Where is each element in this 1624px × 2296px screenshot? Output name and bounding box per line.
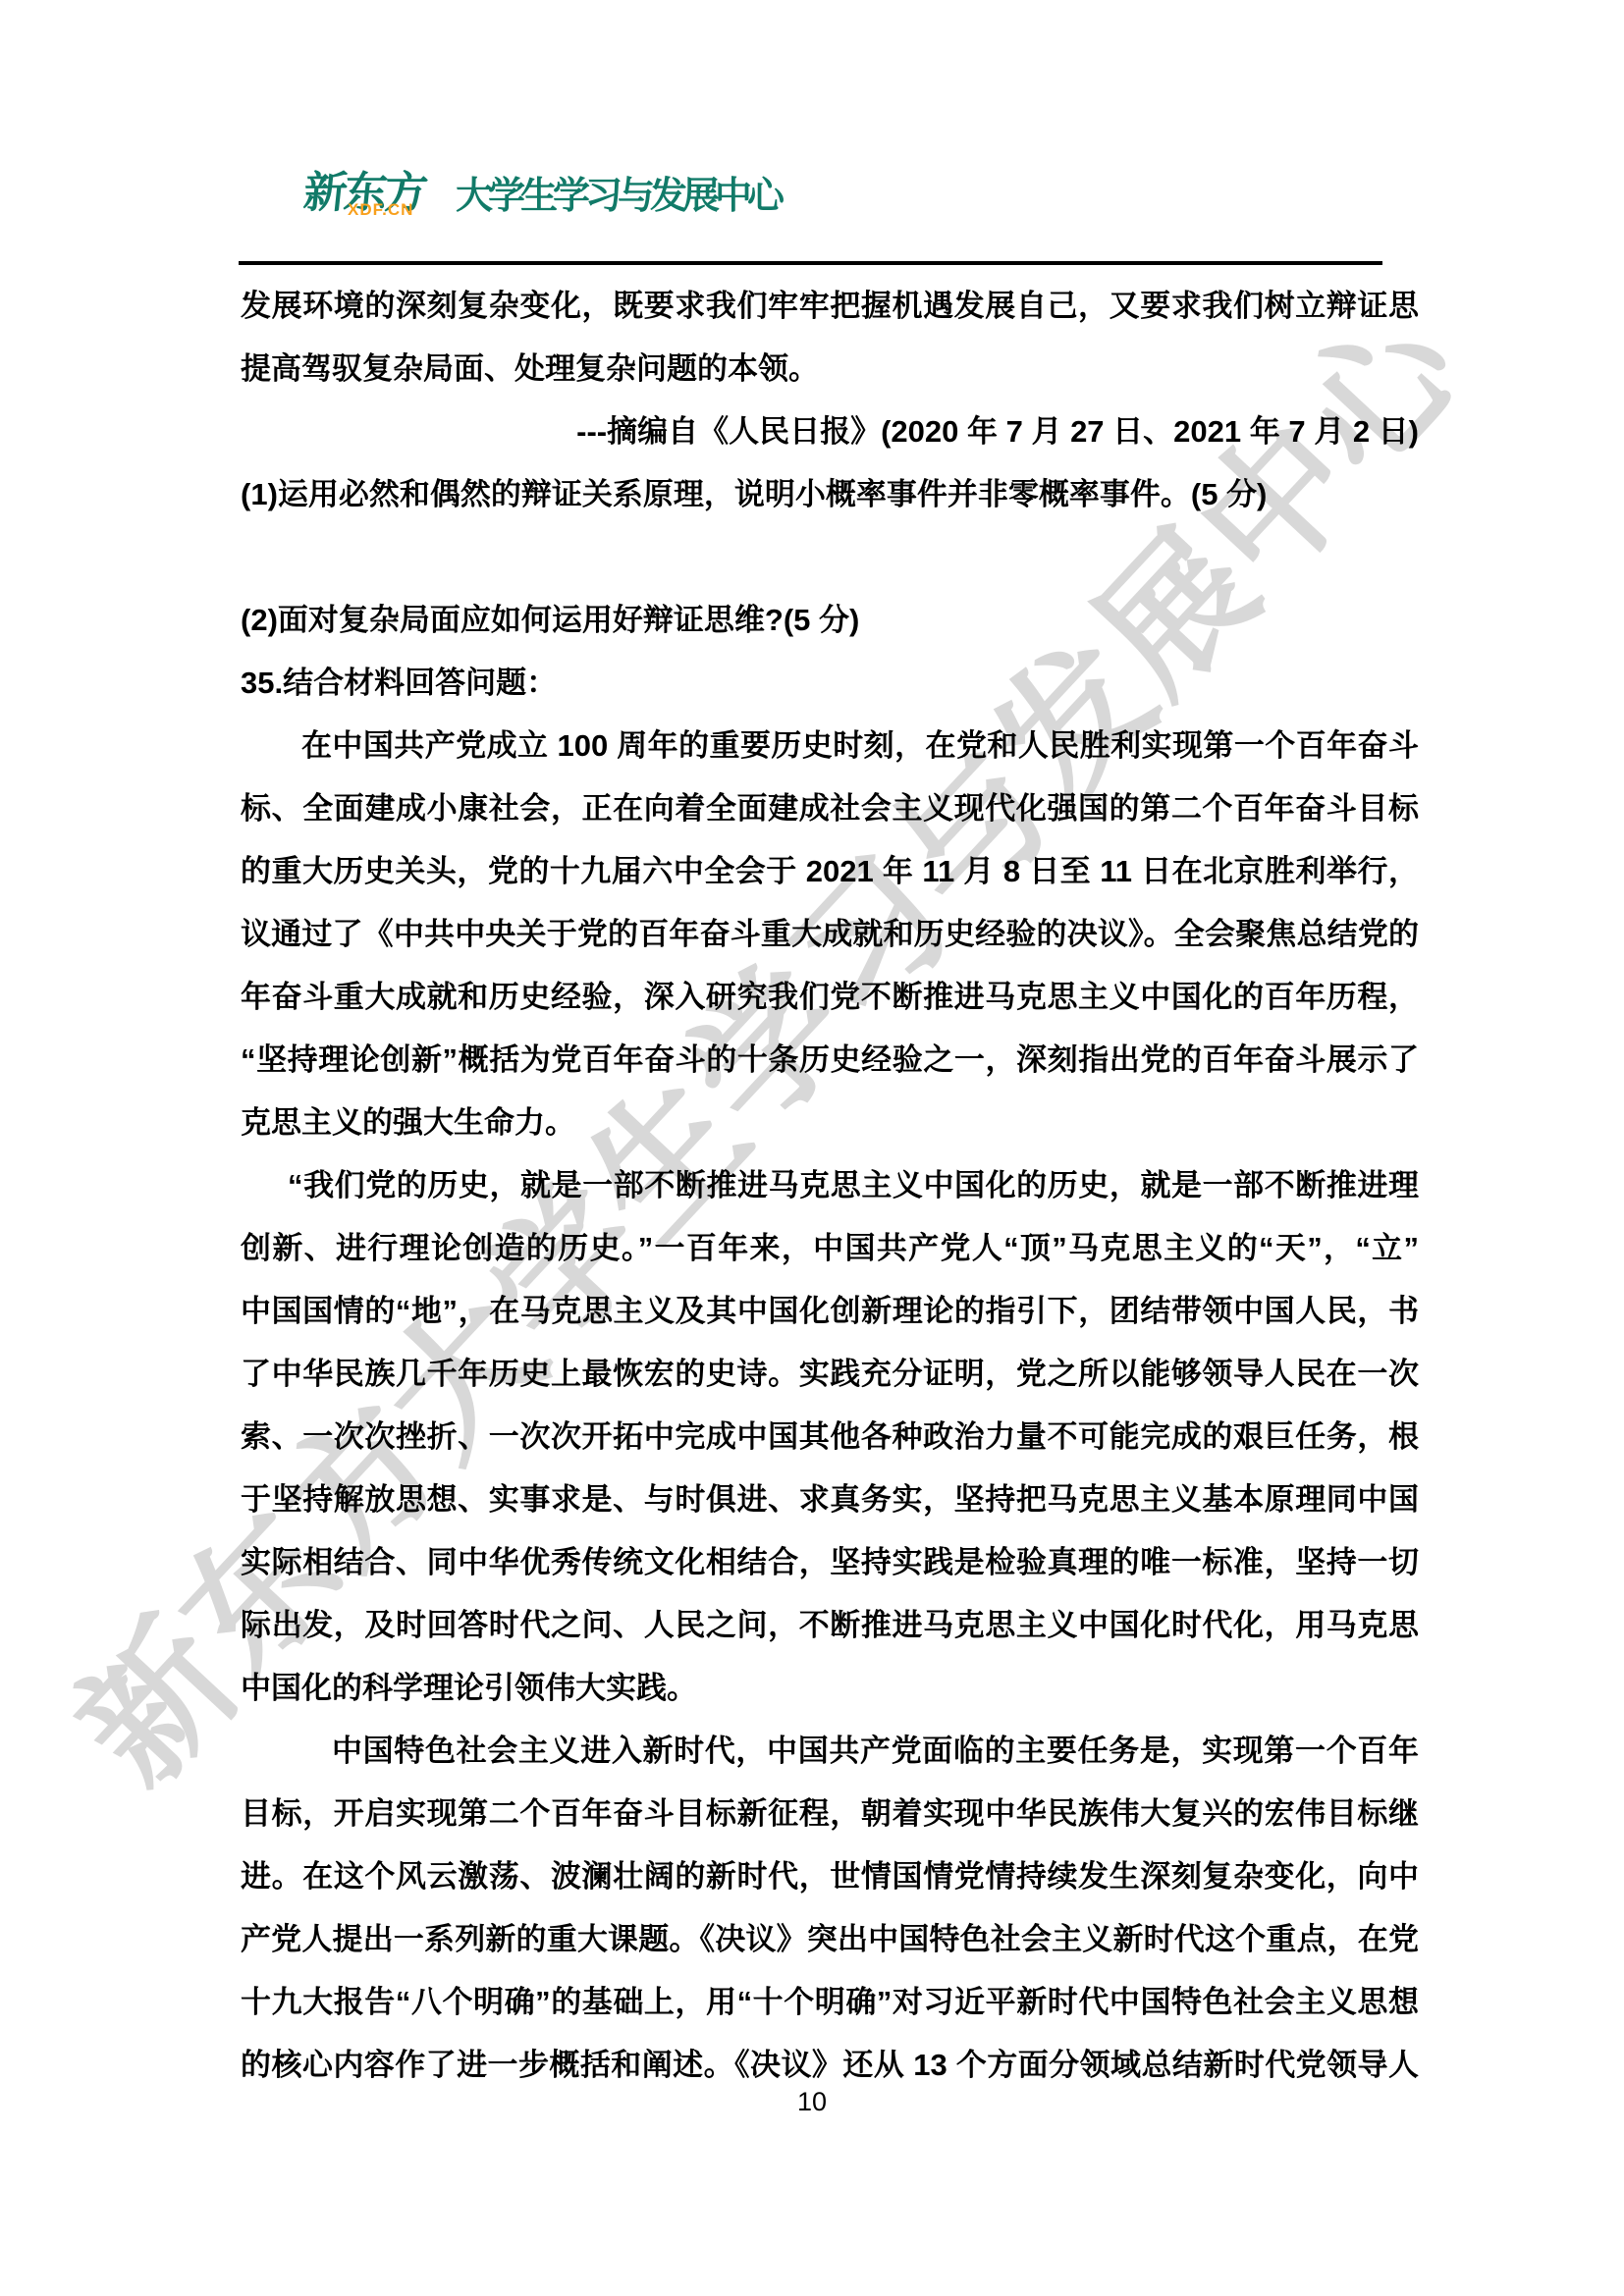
text-line: 索、一次次挫折、一次次开拓中完成中国其他各种政治力量不可能完成的艰巨任务，根本在 [241,1406,1419,1468]
text-line: 标、全面建成小康社会，正在向着全面建成社会主义现代化强国的第二个百年奋斗目标迈进 [241,777,1419,840]
text-line: 在中国共产党成立 100 周年的重要历史时刻，在党和人民胜利实现第一个百年奋斗目 [241,715,1419,777]
text-line: ---摘编自《人民日报》(2020 年 7 月 27 日、2021 年 7 月 … [241,400,1419,463]
blank-line [241,526,1419,589]
page-header: 新东方 XDF.CN 大学生学习与发展中心 [304,157,780,226]
text-line: 35.结合材料回答问题： [241,652,1419,715]
xdf-logo: 新东方 XDF.CN [304,157,452,222]
text-line: 中国特色社会主义进入新时代，中国共产党面临的主要任务是，实现第一个百年奋斗 [241,1720,1419,1783]
text-line: 的重大历史关头，党的十九届六中全会于 2021 年 11 月 8 日至 11 日… [241,840,1419,903]
text-line: 际出发，及时回答时代之问、人民之问，不断推进马克思主义中国化时代化，用马克思主义 [241,1594,1419,1657]
text-line: 克思主义的强大生命力。 [241,1092,1419,1154]
text-line: 发展环境的深刻复杂变化，既要求我们牢牢把握机遇发展自己，又要求我们树立辩证思维， [241,275,1419,338]
text-line: 于坚持解放思想、实事求是、与时俱进、求真务实，坚持把马克思主义基本原理同中国具体 [241,1468,1419,1531]
logo-domain-text: XDF.CN [348,200,413,220]
text-line: (1)运用必然和偶然的辩证关系原理，说明小概率事件并非零概率事件。(5 分) [241,463,1419,526]
header-title: 大学生学习与发展中心 [456,165,780,219]
text-line: 产党人提出一系列新的重大课题。《决议》突出中国特色社会主义新时代这个重点，在党的 [241,1908,1419,1971]
text-line: 中国化的科学理论引领伟大实践。 [241,1657,1419,1720]
text-line: 十九大报告“八个明确”的基础上，用“十个明确”对习近平新时代中国特色社会主义思想 [241,1971,1419,2034]
page-number: 10 [0,2087,1624,2117]
text-line: (2)面对复杂局面应如何运用好辩证思维?(5 分) [241,589,1419,652]
text-line: 实际相结合、同中华优秀传统文化相结合，坚持实践是检验真理的唯一标准，坚持一切从实 [241,1531,1419,1594]
header-divider [239,261,1382,265]
text-line: “坚持理论创新”概括为党百年奋斗的十条历史经验之一，深刻指出党的百年奋斗展示了马 [241,1029,1419,1092]
text-line: 年奋斗重大成就和历史经验，深入研究我们党不断推进马克思主义中国化的百年历程，把 [241,966,1419,1029]
document-page: 新东方大学生学习与发展中心 新东方 XDF.CN 大学生学习与发展中心 发展环境… [0,0,1624,2296]
text-line: 议通过了《中共中央关于党的百年奋斗重大成就和历史经验的决议》。全会聚焦总结党的百 [241,903,1419,966]
text-line: 中国国情的“地”，在马克思主义及其中国化创新理论的指引下，团结带领中国人民，书写 [241,1280,1419,1343]
text-line: “我们党的历史，就是一部不断推进马克思主义中国化的历史，就是一部不断推进理论 [241,1154,1419,1217]
text-line: 进。在这个风云激荡、波澜壮阔的新时代，世情国情党情持续发生深刻复杂变化，向中国共 [241,1845,1419,1908]
document-body: 发展环境的深刻复杂变化，既要求我们牢牢把握机遇发展自己，又要求我们树立辩证思维，… [241,275,1419,2097]
text-line: 目标，开启实现第二个百年奋斗目标新征程，朝着实现中华民族伟大复兴的宏伟目标继续前 [241,1783,1419,1845]
text-line: 了中华民族几千年历史上最恢宏的史诗。实践充分证明，党之所以能够领导人民在一次次求 [241,1343,1419,1406]
text-line: 提高驾驭复杂局面、处理复杂问题的本领。 [241,338,1419,400]
text-line: 创新、进行理论创造的历史。”一百年来，中国共产党人“顶”马克思主义的“天”，“立… [241,1217,1419,1280]
